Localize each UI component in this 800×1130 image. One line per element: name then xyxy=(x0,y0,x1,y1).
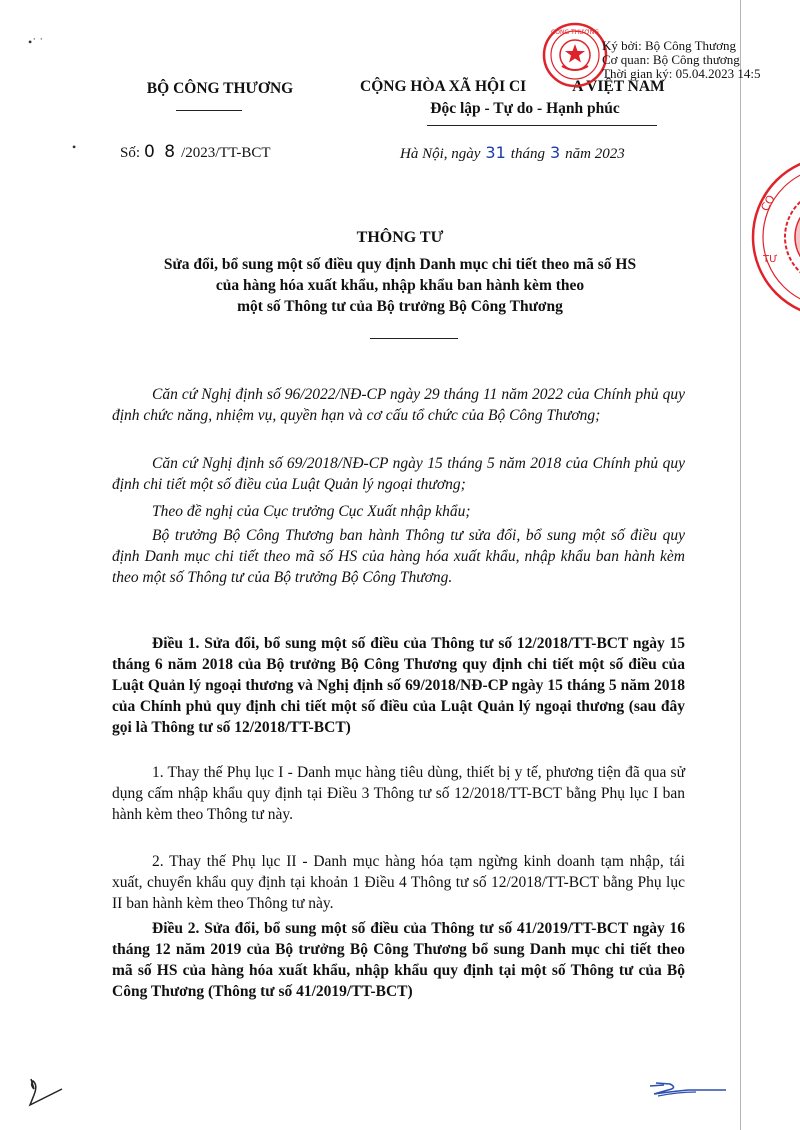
digital-signature-info: Ký bởi: Bộ Công Thương Cơ quan: Bộ Công … xyxy=(602,39,761,81)
article-2-heading: Điều 2. Sửa đổi, bổ sung một số điều của… xyxy=(112,918,685,1002)
svg-text:CÔNG THƯƠNG: CÔNG THƯƠNG xyxy=(551,29,599,36)
scan-mark: • xyxy=(72,140,76,155)
subject-line: của hàng hóa xuất khẩu, nhập khẩu ban hà… xyxy=(110,275,690,296)
motto-underline xyxy=(427,125,657,126)
year-label: năm 2023 xyxy=(565,146,625,162)
preamble-paragraph: Theo đề nghị của Cục trưởng Cục Xuất nhậ… xyxy=(112,501,685,522)
scan-mark: •˙ ˙ xyxy=(28,35,43,50)
number-handwritten: 0 8 xyxy=(144,142,177,162)
preamble-paragraph: Căn cứ Nghị định số 96/2022/NĐ-CP ngày 2… xyxy=(112,384,685,426)
preamble-paragraph: Căn cứ Nghị định số 69/2018/NĐ-CP ngày 1… xyxy=(112,453,685,495)
document-type: THÔNG TƯ xyxy=(0,229,800,247)
number-prefix: Số: xyxy=(120,145,140,161)
svg-text:TƯ: TƯ xyxy=(762,254,778,265)
issuing-agency: BỘ CÔNG THƯƠNG xyxy=(110,80,330,98)
document-number: Số:0 8/2023/TT-BCT xyxy=(120,142,271,162)
signing-agency: Cơ quan: Bộ Công thương xyxy=(602,53,761,67)
handwritten-initial-icon xyxy=(26,1075,66,1110)
document-subject: Sửa đổi, bổ sung một số điều quy định Da… xyxy=(110,254,690,317)
date-month: 3 xyxy=(550,143,560,162)
preamble-paragraph: Bộ trưởng Bộ Công Thương ban hành Thông … xyxy=(112,525,685,588)
title-underline xyxy=(370,338,458,339)
page-seal-icon: CÔ TƯ xyxy=(745,152,800,322)
signed-by: Ký bởi: Bộ Công Thương xyxy=(602,39,761,53)
article-1-item-1: 1. Thay thế Phụ lục I - Danh mục hàng ti… xyxy=(112,762,685,825)
article-1-heading: Điều 1. Sửa đổi, bổ sung một số điều của… xyxy=(112,633,685,738)
month-label: tháng xyxy=(511,146,545,162)
date-day: 31 xyxy=(485,143,505,162)
article-1-item-2: 2. Thay thế Phụ lục II - Danh mục hàng h… xyxy=(112,851,685,914)
number-suffix: /2023/TT-BCT xyxy=(181,145,270,161)
place-prefix: Hà Nội, ngày xyxy=(400,146,480,162)
national-title-visible: CỘNG HÒA XÃ HỘI CI xyxy=(360,78,526,95)
svg-text:CÔ: CÔ xyxy=(758,193,778,214)
national-motto: Độc lập - Tự do - Hạnh phúc xyxy=(380,100,670,118)
subject-line: Sửa đổi, bổ sung một số điều quy định Da… xyxy=(110,254,690,275)
signing-time: Thời gian ký: 05.04.2023 14:5 xyxy=(602,67,761,81)
official-seal-icon: CÔNG THƯƠNG xyxy=(542,22,608,88)
subject-line: một số Thông tư của Bộ trưởng Bộ Công Th… xyxy=(110,296,690,317)
agency-underline xyxy=(176,110,242,111)
handwritten-initial-icon xyxy=(648,1080,726,1100)
page-margin-line xyxy=(740,0,741,1130)
place-and-date: Hà Nội, ngày31tháng3năm 2023 xyxy=(400,143,690,163)
